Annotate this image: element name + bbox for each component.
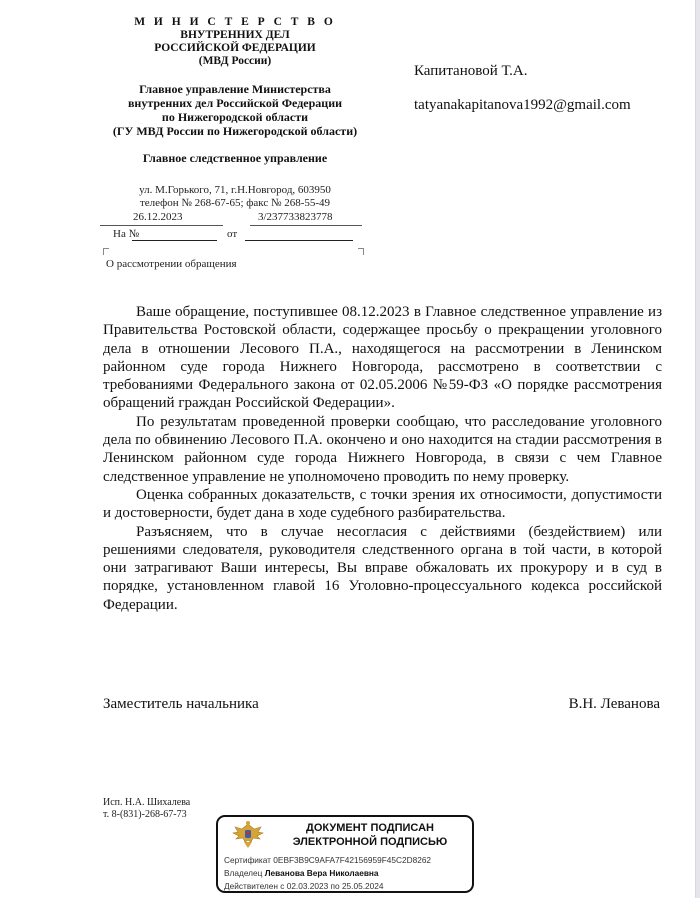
ot-label: от xyxy=(227,228,237,240)
stamp-title-line-2: ЭЛЕКТРОННОЙ ПОДПИСЬЮ xyxy=(270,835,470,849)
gu-line-3: по Нижегородской области xyxy=(100,110,370,124)
recipient-block: Капитановой Т.А. tatyanakapitanova1992@g… xyxy=(414,63,631,114)
owner-value: Леванова Вера Николаевна xyxy=(265,868,379,878)
executor-info: Исп. Н.А. Шихалева т. 8-(831)-268-67-73 xyxy=(103,797,190,821)
certificate-line: Сертификат 0EBF3B9C9AFA7F42156959F45C2D8… xyxy=(224,855,431,865)
ministry-line-4: (МВД России) xyxy=(100,55,370,68)
page-edge-scrollbar xyxy=(695,0,700,898)
corner-bracket-left xyxy=(103,248,109,255)
signer-position: Заместитель начальника xyxy=(103,696,259,713)
gu-line-1: Главное управление Министерства xyxy=(100,82,370,96)
ministry-line-1: М И Н И С Т Е Р С Т В О xyxy=(100,16,370,29)
paragraph: Оценка собранных доказательств, с точки … xyxy=(103,486,662,523)
corner-bracket-right xyxy=(358,248,364,255)
mvd-emblem-icon xyxy=(232,820,264,850)
gu-block: Главное управление Министерства внутренн… xyxy=(100,82,370,138)
gu-line-2: внутренних дел Российской Федерации xyxy=(100,96,370,110)
reference-row: На № от xyxy=(100,228,362,244)
divider xyxy=(250,225,362,226)
na-label: На № xyxy=(113,228,139,240)
department-title: Главное следственное управление xyxy=(100,152,370,165)
paragraph: Ваше обращение, поступившее 08.12.2023 в… xyxy=(103,303,662,413)
blank-line xyxy=(245,240,353,241)
divider xyxy=(100,225,223,226)
document-date: 26.12.2023 xyxy=(133,211,183,223)
paragraph: Разъясняем, что в случае несогласия с де… xyxy=(103,523,662,614)
signer-name: В.Н. Леванова xyxy=(569,696,660,713)
address: ул. М.Горького, 71, г.Н.Новгород, 603950 xyxy=(95,184,375,197)
ministry-line-3: РОССИЙСКОЙ ФЕДЕРАЦИИ xyxy=(100,42,370,55)
owner-line: Владелец Леванова Вера Николаевна xyxy=(224,868,379,878)
recipient-name: Капитановой Т.А. xyxy=(414,63,631,80)
validity-line: Действителен с 02.03.2023 по 25.05.2024 xyxy=(224,881,383,891)
executor-phone: т. 8-(831)-268-67-73 xyxy=(103,809,190,821)
owner-label: Владелец xyxy=(224,868,262,878)
letterhead: М И Н И С Т Е Р С Т В О ВНУТРЕННИХ ДЕЛ Р… xyxy=(100,16,370,165)
electronic-signature-stamp: ДОКУМЕНТ ПОДПИСАН ЭЛЕКТРОННОЙ ПОДПИСЬЮ С… xyxy=(216,815,474,893)
gu-line-4: (ГУ МВД России по Нижегородской области) xyxy=(100,124,370,138)
blank-line xyxy=(132,240,217,241)
stamp-title-line-1: ДОКУМЕНТ ПОДПИСАН xyxy=(270,821,470,835)
letter-body: Ваше обращение, поступившее 08.12.2023 в… xyxy=(103,303,662,614)
subject-line: О рассмотрении обращения xyxy=(106,258,237,270)
ministry-line-2: ВНУТРЕННИХ ДЕЛ xyxy=(100,29,370,42)
executor-name: Исп. Н.А. Шихалева xyxy=(103,797,190,809)
document-number: 3/237733823778 xyxy=(258,211,333,223)
certificate-value: 0EBF3B9C9AFA7F42156959F45C2D8262 xyxy=(273,855,431,865)
paragraph: По результатам проведенной проверки сооб… xyxy=(103,413,662,486)
recipient-email: tatyanakapitanova1992@gmail.com xyxy=(414,97,631,114)
phone-fax: телефон № 268-67-65; факс № 268-55-49 xyxy=(95,197,375,210)
address-block: ул. М.Горького, 71, г.Н.Новгород, 603950… xyxy=(95,184,375,209)
certificate-label: Сертификат xyxy=(224,855,271,865)
stamp-title: ДОКУМЕНТ ПОДПИСАН ЭЛЕКТРОННОЙ ПОДПИСЬЮ xyxy=(270,821,470,849)
registration-row: 26.12.2023 3/237733823778 xyxy=(100,211,362,226)
